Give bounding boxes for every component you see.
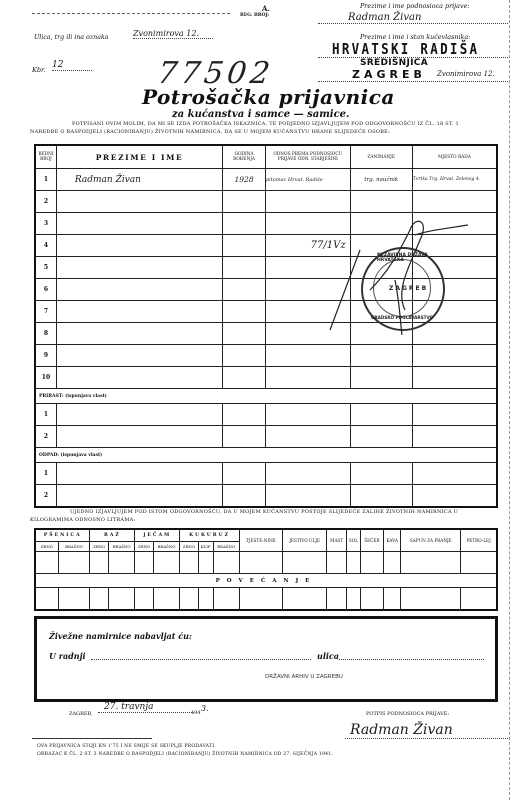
person-name[interactable] bbox=[56, 257, 222, 279]
stock-col-mast: MAST bbox=[327, 529, 347, 552]
stock-group-psenica: PŠENICA bbox=[35, 529, 90, 542]
person-relation[interactable] bbox=[265, 404, 350, 426]
person-birth-year[interactable]: 1928 bbox=[223, 169, 266, 191]
row-number: 6 bbox=[35, 279, 56, 301]
stock-sub-brasno: BRAŠNO bbox=[213, 542, 239, 552]
stock-input[interactable] bbox=[135, 588, 153, 611]
person-relation[interactable] bbox=[265, 367, 350, 389]
stock-input[interactable] bbox=[108, 552, 134, 574]
householder-org: SREDIŠNJICA bbox=[360, 58, 428, 68]
person-occupation[interactable] bbox=[350, 404, 412, 426]
stock-values-row bbox=[35, 552, 497, 574]
row-number: 1 bbox=[35, 404, 56, 426]
stock-input[interactable] bbox=[35, 552, 58, 574]
person-birth-year[interactable] bbox=[223, 404, 266, 426]
person-name[interactable] bbox=[56, 279, 222, 301]
row-number: 1 bbox=[35, 169, 56, 191]
stock-input[interactable] bbox=[239, 552, 282, 574]
stock-input[interactable] bbox=[346, 588, 360, 611]
person-birth-year[interactable] bbox=[223, 485, 266, 508]
stock-input[interactable] bbox=[282, 552, 326, 574]
person-relation[interactable] bbox=[265, 426, 350, 448]
page-edge bbox=[509, 0, 511, 800]
row-number: 4 bbox=[35, 235, 56, 257]
table-row: 2 bbox=[35, 485, 497, 508]
form-title: Potrošačka prijavnica bbox=[142, 85, 395, 109]
stock-col-jestivo-ulje: JESTIVO ULJE bbox=[282, 529, 326, 552]
person-name[interactable] bbox=[56, 345, 222, 367]
col-header-workplace: MJESTO RADA bbox=[412, 145, 497, 169]
official-signature-scribble bbox=[300, 210, 470, 340]
form-letter: A. bbox=[262, 4, 270, 13]
stock-col-secer: ŠEĆER bbox=[361, 529, 384, 552]
stock-input[interactable] bbox=[327, 588, 347, 611]
stock-col-tjestenine: TJESTE-NINE bbox=[239, 529, 282, 552]
person-birth-year[interactable] bbox=[223, 235, 266, 257]
row-number: 10 bbox=[35, 367, 56, 389]
intro-line-1: POTPISANI OVIM MOLIM, DA MI SE IZDA POTR… bbox=[72, 120, 459, 128]
signature-label: POTPIS PODNOSIOCA PRIJAVE: bbox=[366, 711, 449, 717]
supply-label: Živežne namirnice nabavljat ću: bbox=[49, 631, 192, 641]
person-name[interactable] bbox=[56, 404, 222, 426]
person-workplace[interactable] bbox=[412, 367, 497, 389]
person-workplace[interactable]: Tvrtka Trg. Hrvat. Zelenog 4. bbox=[412, 169, 497, 191]
stock-group-kukuruz: KUKURUZ bbox=[180, 529, 240, 542]
person-birth-year[interactable] bbox=[223, 367, 266, 389]
person-workplace[interactable] bbox=[412, 345, 497, 367]
stock-input[interactable] bbox=[153, 588, 179, 611]
stock-col-sol: SOL bbox=[346, 529, 360, 552]
reg-broj-label: REG. BROJ: bbox=[240, 13, 269, 18]
supply-street-label: ulica bbox=[317, 651, 339, 661]
stock-input[interactable] bbox=[361, 552, 384, 574]
stock-sub-zrno: ZRNO bbox=[135, 542, 153, 552]
row-number: 3 bbox=[35, 213, 56, 235]
footer-note-price: OVA PRIJAVNICA STOJI KN 1'75 I NE SMIJE … bbox=[37, 744, 216, 749]
applicant-name-label: Prezime i ime podnosioca prijave: bbox=[360, 2, 470, 10]
stock-input[interactable] bbox=[327, 552, 347, 574]
odpad-section-row: ODPAD: (ispunjava vlast) bbox=[35, 448, 497, 463]
stock-input[interactable] bbox=[180, 552, 198, 574]
person-birth-year[interactable] bbox=[223, 257, 266, 279]
stock-sub-brasno: BRAŠNO bbox=[108, 542, 134, 552]
stock-input[interactable] bbox=[198, 588, 213, 611]
stock-increase-row: POVEĆANJE bbox=[35, 574, 497, 588]
row-number: 7 bbox=[35, 301, 56, 323]
stock-input[interactable] bbox=[383, 552, 401, 574]
table-row: 2 bbox=[35, 426, 497, 448]
table-row: 1 Radman Živan 1928 pitomac Hrvat. Radiš… bbox=[35, 169, 497, 191]
stock-sub-brasno: BRAŠNO bbox=[153, 542, 179, 552]
person-name[interactable] bbox=[56, 301, 222, 323]
stock-input[interactable] bbox=[180, 588, 198, 611]
stock-input[interactable] bbox=[108, 588, 134, 611]
stock-col-sapun: SAPUN ZA PRANJE bbox=[401, 529, 461, 552]
stock-input[interactable] bbox=[35, 588, 58, 611]
top-dashed-line bbox=[32, 13, 230, 14]
person-name[interactable] bbox=[56, 463, 222, 485]
person-workplace[interactable] bbox=[412, 404, 497, 426]
stock-group-jecam: JEČAM bbox=[135, 529, 180, 542]
stock-sub-brasno: BRAŠNO bbox=[58, 542, 90, 552]
stock-col-petrolej: PETRO-LEJ bbox=[461, 529, 497, 552]
person-name[interactable] bbox=[56, 191, 222, 213]
person-occupation[interactable] bbox=[350, 463, 412, 485]
stock-input[interactable] bbox=[198, 552, 213, 574]
stock-sub-zrno: ZRNO bbox=[180, 542, 198, 552]
street-value[interactable]: Zvonimirova 12. bbox=[133, 29, 213, 39]
supply-box: Živežne namirnice nabavljat ću: U radnji… bbox=[34, 616, 498, 702]
person-birth-year[interactable] bbox=[223, 213, 266, 235]
stock-input[interactable] bbox=[383, 588, 401, 611]
footer-divider bbox=[32, 738, 152, 739]
stock-group-header-row: PŠENICA RAŽ JEČAM KUKURUZ TJESTE-NINE JE… bbox=[35, 529, 497, 542]
stock-increase-label: POVEĆANJE bbox=[35, 574, 497, 588]
person-name[interactable]: Radman Živan bbox=[56, 169, 222, 191]
person-occupation[interactable] bbox=[350, 345, 412, 367]
col-header-occupation: ZANIMANJE bbox=[350, 145, 412, 169]
stock-sub-zrno: ZRNO bbox=[35, 542, 58, 552]
form-subtitle: za kućanstva i samce — samice. bbox=[172, 109, 350, 120]
stock-input[interactable] bbox=[461, 552, 497, 574]
footer-year-suffix[interactable]: 3. bbox=[201, 704, 209, 713]
stock-sub-zrno: ZRNO bbox=[90, 542, 108, 552]
householder-underline bbox=[318, 81, 508, 82]
householder-name: HRVATSKI RADIŠA bbox=[332, 40, 479, 58]
col-header-relation: ODNOS PREMA PODNOSIOCU PRIJAVE ODN. STAR… bbox=[265, 145, 350, 169]
stock-input[interactable] bbox=[361, 588, 384, 611]
shop-label: U radnji bbox=[49, 651, 86, 661]
stock-col-kava: KAVA bbox=[383, 529, 401, 552]
person-workplace[interactable] bbox=[412, 463, 497, 485]
person-name[interactable] bbox=[56, 235, 222, 257]
footer-year-prefix: 194 bbox=[191, 710, 201, 716]
stock-input[interactable] bbox=[282, 588, 326, 611]
table-row: 1 bbox=[35, 463, 497, 485]
stock-input[interactable] bbox=[401, 552, 461, 574]
person-relation[interactable]: pitomac Hrvat. Radiše bbox=[265, 169, 350, 191]
person-occupation[interactable] bbox=[350, 367, 412, 389]
person-workplace[interactable] bbox=[412, 485, 497, 508]
row-number: 2 bbox=[35, 485, 56, 508]
applicant-name-value[interactable]: Radman Živan bbox=[318, 12, 508, 24]
col-header-no: REDNI BROJ bbox=[35, 145, 56, 169]
person-birth-year[interactable] bbox=[223, 426, 266, 448]
person-workplace[interactable] bbox=[412, 426, 497, 448]
householder-city: ZAGREB bbox=[352, 68, 426, 81]
shop-input[interactable] bbox=[91, 650, 311, 660]
person-relation[interactable] bbox=[265, 485, 350, 508]
signature-value[interactable]: Radman Živan bbox=[345, 722, 510, 739]
stock-input[interactable] bbox=[153, 552, 179, 574]
odpad-label: ODPAD: (ispunjava vlast) bbox=[35, 448, 497, 463]
table-row: 9 bbox=[35, 345, 497, 367]
supply-street-input[interactable] bbox=[339, 650, 484, 660]
stock-input[interactable] bbox=[213, 552, 239, 574]
row-number: 8 bbox=[35, 323, 56, 345]
stock-input[interactable] bbox=[58, 588, 90, 611]
person-birth-year[interactable] bbox=[223, 323, 266, 345]
stock-increase-values-row bbox=[35, 588, 497, 611]
street-label: Ulica, trg ili ina oznaka bbox=[34, 34, 109, 41]
stock-input[interactable] bbox=[90, 552, 108, 574]
intro-line-2: NAREDBE O RASPODJELI (RACIONIRANJU) ŽIVO… bbox=[30, 128, 390, 136]
person-birth-year[interactable] bbox=[223, 345, 266, 367]
archive-stamp: DRŽAVNI ARHIV U ZAGREBU bbox=[265, 674, 343, 680]
stock-input[interactable] bbox=[346, 552, 360, 574]
kbr-value[interactable]: 12 bbox=[52, 60, 92, 71]
footer-note-regulation: OBRAZAC K ČL. 2 ST. 3 NAREDBE O RASPODJE… bbox=[37, 752, 333, 757]
prirast-label: PRIRAST: (ispunjava vlast) bbox=[35, 389, 497, 404]
row-number: 1 bbox=[35, 463, 56, 485]
row-number: 2 bbox=[35, 426, 56, 448]
person-birth-year[interactable] bbox=[223, 279, 266, 301]
persons-header-row: REDNI BROJ PREZIME I IME GODINA ROĐENJA … bbox=[35, 145, 497, 169]
stock-intro-line-1: UJEDNO IZJAVLJUJEM POD ISTOM ODGOVORNOŠĆ… bbox=[70, 508, 458, 516]
person-name[interactable] bbox=[56, 485, 222, 508]
col-header-name: PREZIME I IME bbox=[56, 145, 222, 169]
person-name[interactable] bbox=[56, 426, 222, 448]
col-header-year: GODINA ROĐENJA bbox=[223, 145, 266, 169]
row-number: 2 bbox=[35, 191, 56, 213]
person-relation[interactable] bbox=[265, 345, 350, 367]
prirast-section-row: PRIRAST: (ispunjava vlast) bbox=[35, 389, 497, 404]
person-relation[interactable] bbox=[265, 463, 350, 485]
table-row: 1 bbox=[35, 404, 497, 426]
person-birth-year[interactable] bbox=[223, 301, 266, 323]
kbr-label: Kbr. bbox=[32, 66, 45, 74]
person-birth-year[interactable] bbox=[223, 191, 266, 213]
person-name[interactable] bbox=[56, 367, 222, 389]
row-number: 9 bbox=[35, 345, 56, 367]
stock-input[interactable] bbox=[90, 588, 108, 611]
footer-date[interactable]: 27. travnja bbox=[98, 702, 194, 713]
stock-intro-line-2: KILOGRAMIMA ODNOSNO LITRAMA: bbox=[30, 516, 135, 524]
householder-address: Zvonimirova 12. bbox=[437, 70, 495, 78]
row-number: 5 bbox=[35, 257, 56, 279]
person-name[interactable] bbox=[56, 213, 222, 235]
person-occupation[interactable] bbox=[350, 426, 412, 448]
person-occupation[interactable] bbox=[350, 485, 412, 508]
stock-input[interactable] bbox=[239, 588, 282, 611]
stock-input[interactable] bbox=[135, 552, 153, 574]
footer-place: ZAGREB, bbox=[69, 711, 93, 717]
stock-input[interactable] bbox=[213, 588, 239, 611]
stock-group-raz: RAŽ bbox=[90, 529, 135, 542]
stock-sub-klip: KLIP bbox=[198, 542, 213, 552]
table-row: 10 bbox=[35, 367, 497, 389]
person-name[interactable] bbox=[56, 323, 222, 345]
person-birth-year[interactable] bbox=[223, 463, 266, 485]
stock-table: PŠENICA RAŽ JEČAM KUKURUZ TJESTE-NINE JE… bbox=[34, 528, 498, 611]
stock-input[interactable] bbox=[401, 588, 461, 611]
person-occupation[interactable]: trg. naučnik bbox=[350, 169, 412, 191]
stock-input[interactable] bbox=[58, 552, 90, 574]
stock-input[interactable] bbox=[461, 588, 497, 611]
